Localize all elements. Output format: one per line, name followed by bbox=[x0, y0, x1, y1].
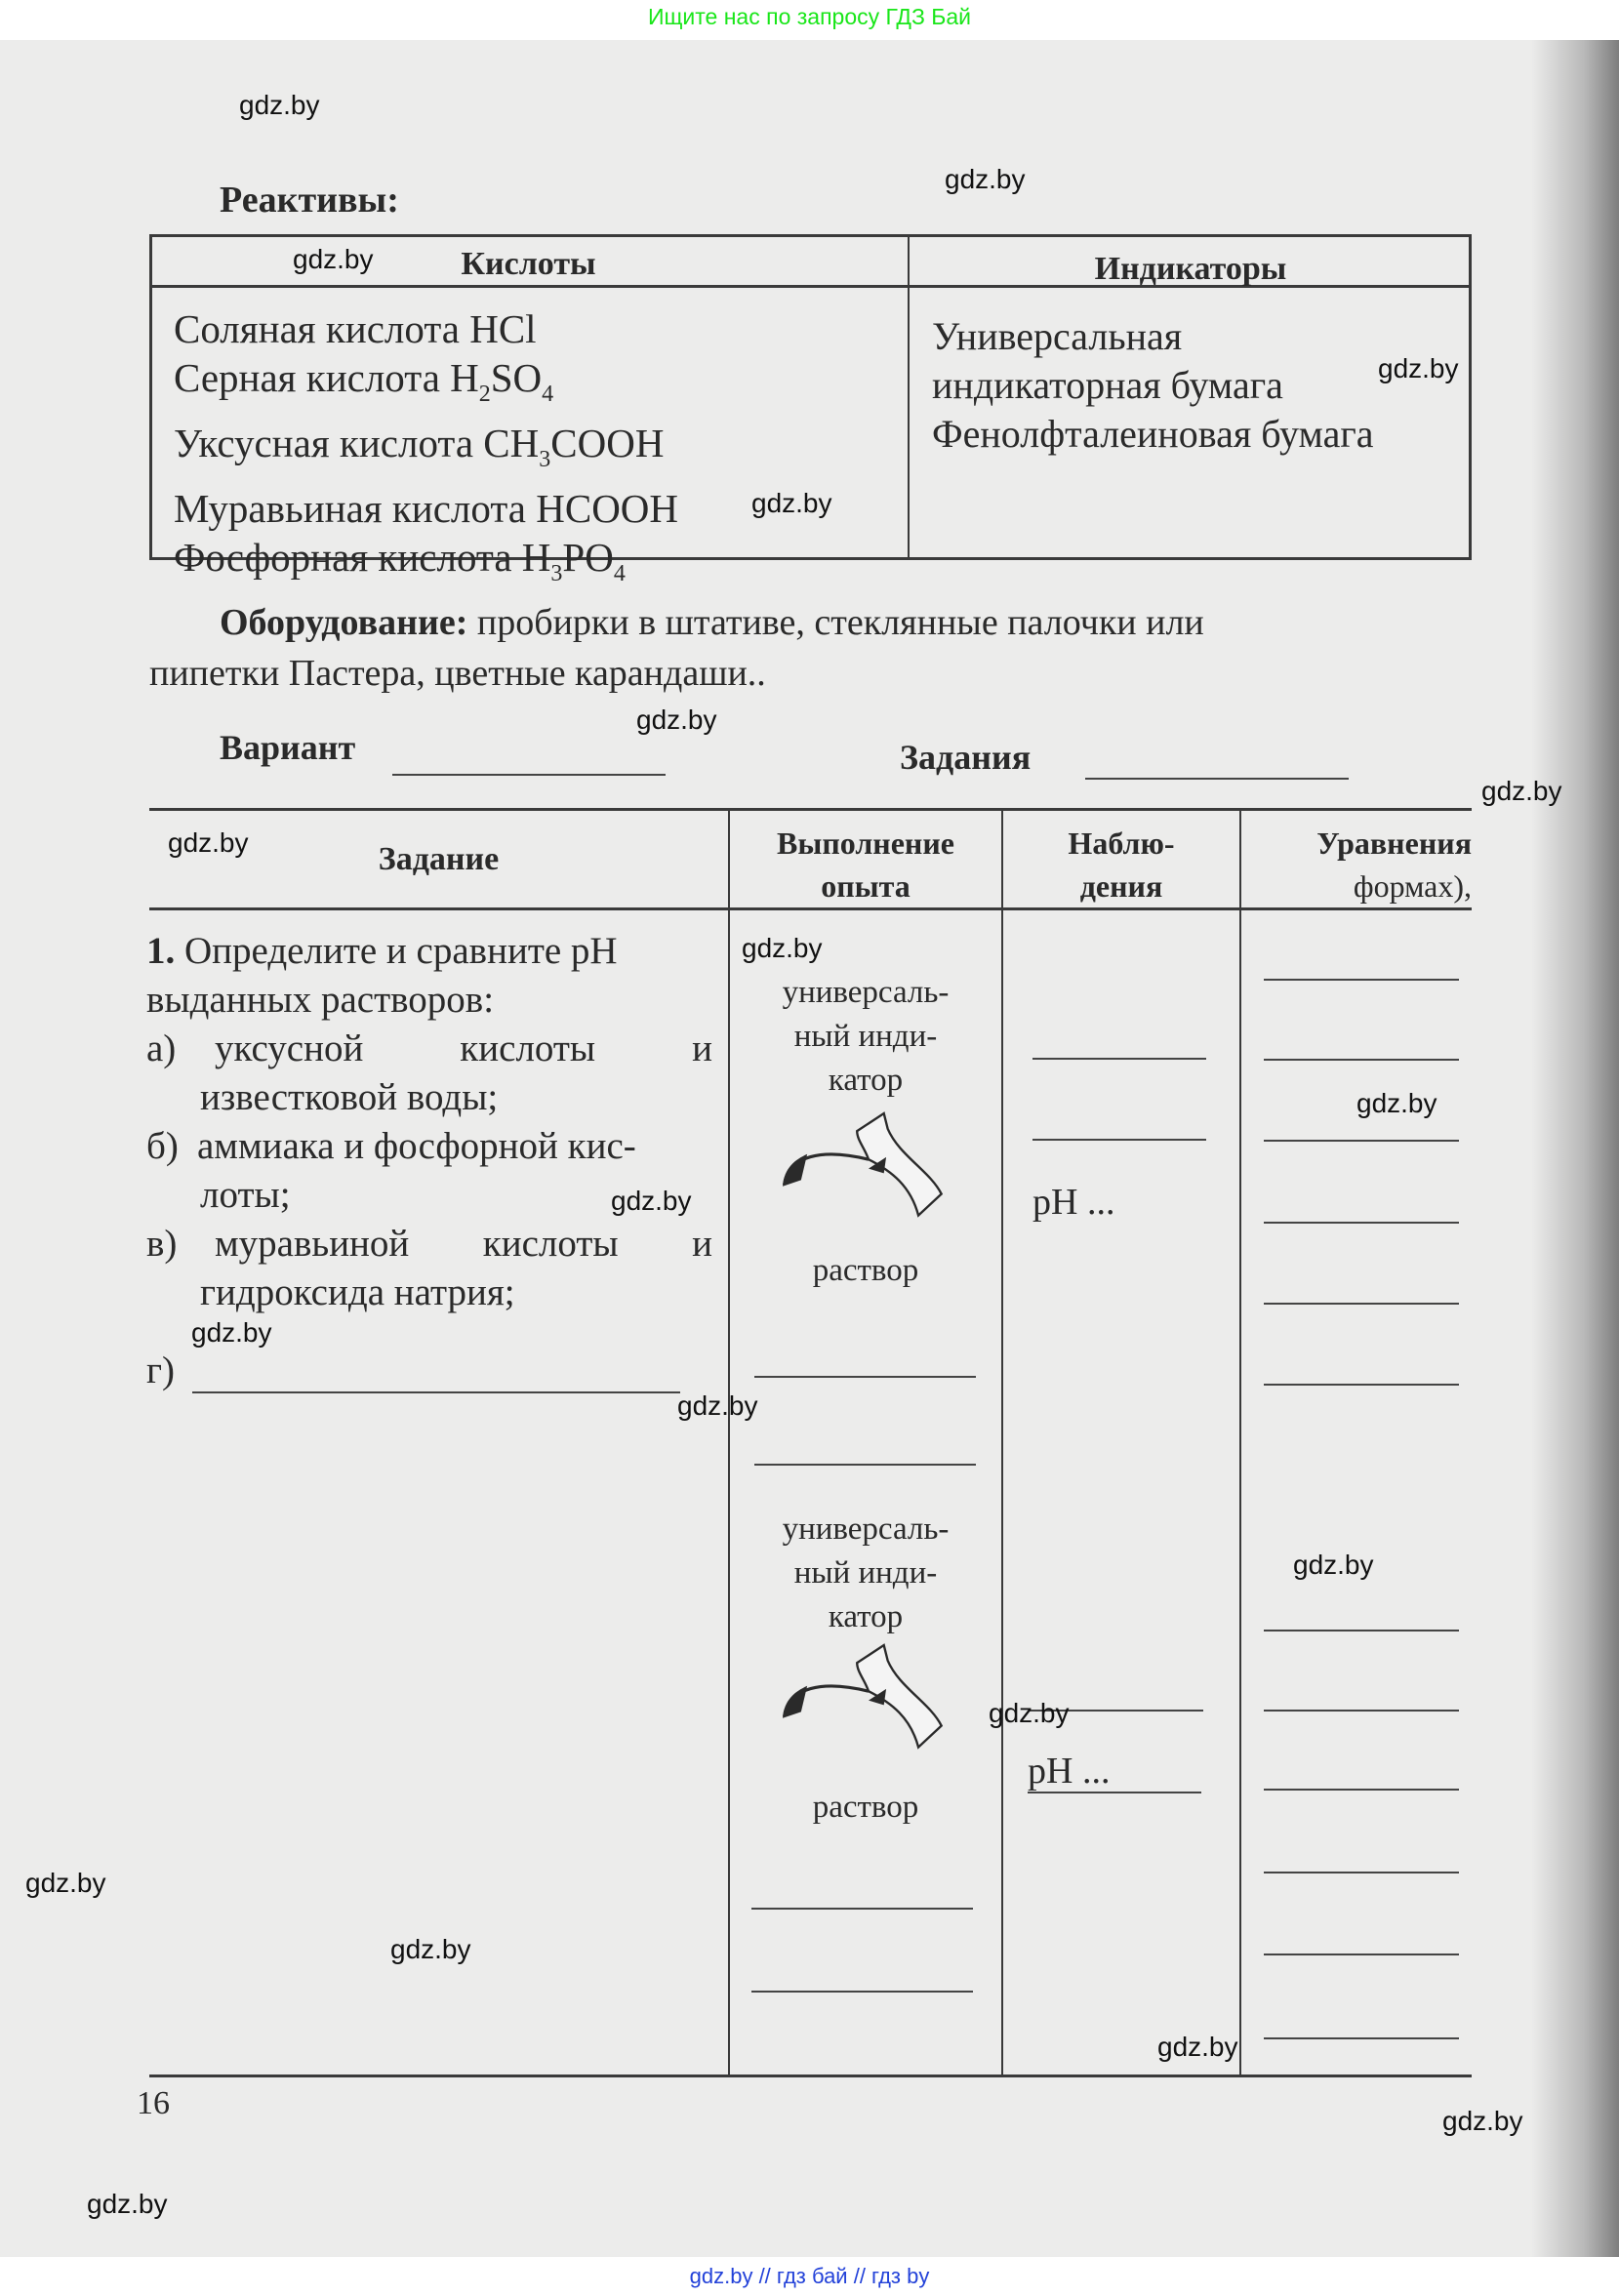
header-observations: Наблю- дения bbox=[1003, 822, 1239, 907]
watermark-text: gdz.by bbox=[636, 705, 717, 736]
watermark-text: gdz.by bbox=[945, 164, 1026, 195]
watermark-text: gdz.by bbox=[1157, 2032, 1238, 2063]
equation-blank[interactable] bbox=[1264, 1303, 1459, 1305]
item-mark: б) bbox=[146, 1122, 197, 1171]
indicator-label-1: универсаль- ный инди- катор bbox=[730, 971, 1001, 1103]
observation-ph-2: pH ... bbox=[1028, 1750, 1110, 1793]
watermark-text: gdz.by bbox=[390, 1934, 471, 1965]
indicator-dip-arrow-icon bbox=[761, 1625, 976, 1781]
equation-blank[interactable] bbox=[1264, 1222, 1459, 1224]
watermark-text: gdz.by bbox=[87, 2189, 168, 2220]
item-text: уксусной кислоты и bbox=[215, 1025, 712, 1073]
experiment-blank[interactable] bbox=[751, 1908, 973, 1910]
watermark-text: gdz.by bbox=[191, 1317, 272, 1349]
observation-ph-1: pH ... bbox=[1032, 1181, 1114, 1225]
equation-blank[interactable] bbox=[1264, 1059, 1459, 1061]
observation-blank[interactable] bbox=[1032, 1139, 1206, 1141]
item-text: аммиака и фосфорной кис- bbox=[197, 1122, 636, 1171]
watermark-text: gdz.by bbox=[611, 1186, 692, 1217]
equation-blank[interactable] bbox=[1264, 1789, 1459, 1791]
header-equations-line: формах), bbox=[1241, 865, 1472, 907]
reagents-title: Реактивы: bbox=[220, 179, 399, 222]
header-equations-line: Уравнения bbox=[1241, 822, 1472, 865]
item-text: известковой воды; bbox=[146, 1073, 712, 1122]
item-mark: в) bbox=[146, 1220, 215, 1269]
watermark-text: gdz.by bbox=[989, 1698, 1070, 1729]
solution-label-1: раствор bbox=[730, 1249, 1001, 1293]
indicators-list: Универсальная индикаторная бумага Фенолф… bbox=[932, 312, 1373, 459]
solution-label-2: раствор bbox=[730, 1786, 1001, 1830]
task-text: Определите и сравните pH bbox=[184, 930, 618, 972]
watermark-text: gdz.by bbox=[168, 827, 249, 859]
tasks-table-header-divider bbox=[149, 907, 1472, 910]
page-number: 16 bbox=[137, 2085, 170, 2122]
watermark-text: gdz.by bbox=[1481, 776, 1562, 807]
variant-label: Вариант bbox=[220, 727, 355, 768]
equation-blank[interactable] bbox=[1264, 979, 1459, 981]
task-number: 1. bbox=[146, 930, 175, 972]
tasks-blank bbox=[1085, 778, 1349, 780]
equipment-text-1: пробирки в штативе, стеклянные палочки и… bbox=[467, 602, 1203, 643]
indicator-dip-arrow-icon bbox=[761, 1093, 976, 1249]
watermark-text: gdz.by bbox=[1293, 1550, 1374, 1581]
equipment-paragraph: Оборудование: пробирки в штативе, стекля… bbox=[220, 597, 1472, 648]
item-text: гидроксида натрия; bbox=[146, 1269, 712, 1317]
page-binding-shadow bbox=[1531, 40, 1619, 2257]
item-mark: г) bbox=[146, 1347, 712, 1395]
equation-blank[interactable] bbox=[1264, 2037, 1459, 2039]
indicators-header: Индикаторы bbox=[910, 251, 1472, 288]
tasks-label: Задания bbox=[900, 737, 1031, 778]
watermark-text: gdz.by bbox=[751, 488, 832, 519]
watermark-text: gdz.by bbox=[1356, 1088, 1437, 1119]
acid-item: Соляная кислота HCl bbox=[174, 304, 678, 353]
watermark-text: gdz.by bbox=[677, 1390, 758, 1422]
column-divider-3 bbox=[1239, 810, 1241, 2075]
indicator-label-line: универсаль- bbox=[730, 1508, 1001, 1551]
experiment-blank[interactable] bbox=[754, 1376, 976, 1378]
header-experiment-line: Выполнение bbox=[730, 822, 1001, 865]
acid-item: Муравьиная кислота HCOOH bbox=[174, 484, 678, 533]
equipment-label: Оборудование: bbox=[220, 602, 467, 643]
watermark-text: gdz.by bbox=[742, 933, 823, 964]
indicator-label-line: ный инди- bbox=[730, 1015, 1001, 1059]
experiment-blank[interactable] bbox=[754, 1464, 976, 1466]
item-text: муравьиной кислоты и bbox=[215, 1220, 712, 1269]
header-experiment: Выполнение опыта bbox=[730, 822, 1001, 907]
equation-blank[interactable] bbox=[1264, 1710, 1459, 1712]
equation-blank[interactable] bbox=[1264, 1630, 1459, 1631]
equation-blank[interactable] bbox=[1264, 1140, 1459, 1142]
equation-blank[interactable] bbox=[1264, 1954, 1459, 1955]
footer-links: gdz.by // гдз бай // гдз by bbox=[0, 2264, 1619, 2289]
acid-item: Уксусная кислота CH3COOH bbox=[174, 419, 678, 484]
equipment-text-2: пипетки Пастера, цветные карандаши.. bbox=[149, 648, 766, 699]
equation-blank[interactable] bbox=[1264, 1872, 1459, 1873]
search-banner: Ищите нас по запросу ГДЗ Бай bbox=[0, 4, 1619, 30]
answer-blank-g[interactable] bbox=[192, 1391, 680, 1393]
indicator-label-line: универсаль- bbox=[730, 971, 1001, 1015]
task-text: выданных растворов: bbox=[146, 976, 712, 1025]
indicator-label-line: ный инди- bbox=[730, 1551, 1001, 1595]
equation-blank[interactable] bbox=[1264, 1384, 1459, 1386]
header-equations: Уравнения формах), bbox=[1241, 822, 1472, 907]
indicator-label-2: универсаль- ный инди- катор bbox=[730, 1508, 1001, 1639]
acid-item: Серная кислота H2SO4 bbox=[174, 353, 678, 419]
watermark-text: gdz.by bbox=[293, 244, 374, 275]
header-experiment-line: опыта bbox=[730, 865, 1001, 907]
tasks-table-top bbox=[149, 808, 1472, 811]
column-divider-2 bbox=[1001, 810, 1003, 2075]
header-observations-line: дения bbox=[1003, 865, 1239, 907]
experiment-blank[interactable] bbox=[751, 1991, 973, 1993]
item-mark: а) bbox=[146, 1025, 215, 1073]
acids-header: Кислоты bbox=[149, 246, 908, 283]
watermark-text: gdz.by bbox=[239, 90, 320, 121]
watermark-text: gdz.by bbox=[1442, 2106, 1523, 2137]
observation-blank[interactable] bbox=[1032, 1058, 1206, 1060]
tasks-table-bottom bbox=[149, 2074, 1472, 2077]
indicator-item: Фенолфталеиновая бумага bbox=[932, 410, 1373, 459]
indicator-item: индикаторная бумага bbox=[932, 361, 1373, 410]
acid-item: Фосфорная кислота H3PO4 bbox=[174, 533, 678, 598]
indicator-item: Универсальная bbox=[932, 312, 1373, 361]
watermark-text: gdz.by bbox=[1378, 353, 1459, 384]
acids-list: Соляная кислота HClСерная кислота H2SO4У… bbox=[174, 304, 678, 598]
watermark-text: gdz.by bbox=[25, 1868, 106, 1899]
header-observations-line: Наблю- bbox=[1003, 822, 1239, 865]
variant-blank bbox=[392, 774, 666, 776]
